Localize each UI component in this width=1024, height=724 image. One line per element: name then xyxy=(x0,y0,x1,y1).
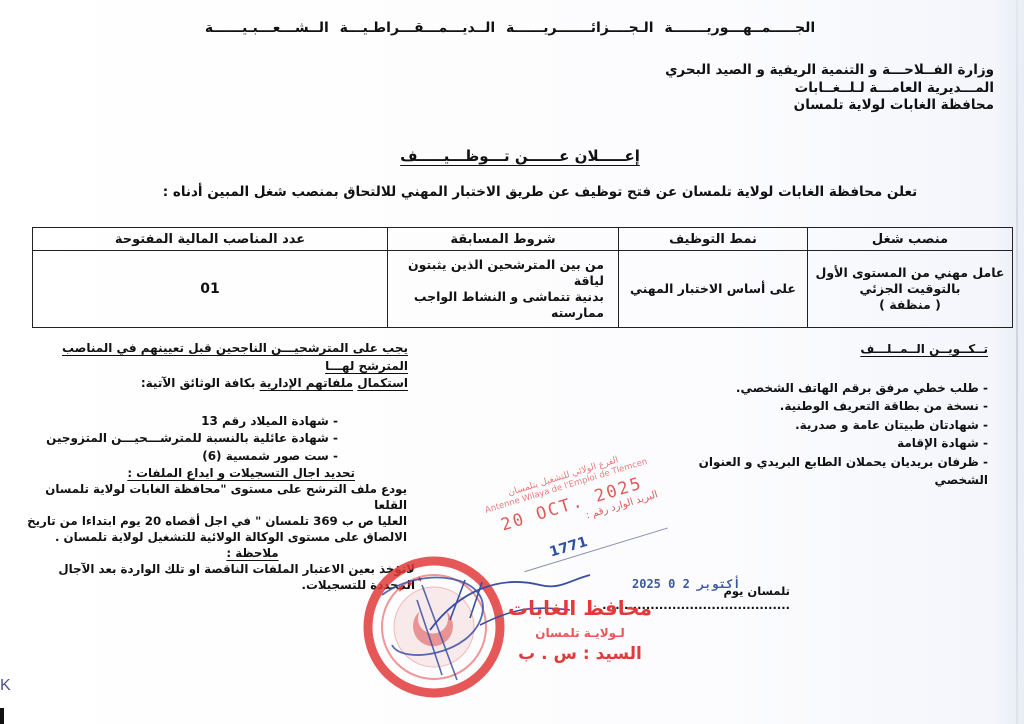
announcement-intro: تعلن محافظة الغابات لولاية تلمسان عن فتح… xyxy=(140,184,940,200)
scanned-document-page: الجـــــمــهـــوريـــــــة الـجــــزائــ… xyxy=(0,0,1024,724)
condition-line: بدنية تتماشى و النشاط الواجب xyxy=(394,289,604,305)
note-heading: ملاحظة : xyxy=(226,546,278,560)
cell-conditions: من بين المترشحين الذين يثبتون لياقة بدني… xyxy=(388,251,619,328)
file-item: - ظرفان بريديان يحملان الطابع البريدي و … xyxy=(688,453,988,490)
file-composition-heading: تــكــويــن الــمــلـــف xyxy=(860,342,988,356)
document-item: - ست صور شمسية (6) xyxy=(28,448,338,466)
deadlines-section: تحديد اجال التسجيلات و ايداع الملفات : ي… xyxy=(20,465,415,593)
deadlines-heading: تحديد اجال التسجيلات و ايداع الملفات : xyxy=(127,466,355,480)
header-conditions: شروط المسابقة xyxy=(388,228,619,251)
job-positions-table: منصب شغل نمط التوظيف شروط المسابقة عدد ا… xyxy=(32,227,1013,328)
cell-post: عامل مهني من المستوى الأول بالتوقيت الجز… xyxy=(808,251,1013,328)
official-seal-text: محافظ الغابات لـولايـة تلمسان السيد : س … xyxy=(495,596,665,664)
admin-files-phrase: ملفاتهم الإدارية xyxy=(260,376,354,390)
file-composition-section: تــكــويــن الــمــلـــف - طلب خطي مرفق … xyxy=(688,340,988,490)
announcement-title: إعـــــلان عــــــن تـــوظـــيـــــف xyxy=(400,147,640,165)
condition-line: ممارسته xyxy=(394,305,604,321)
note-text: لاتؤخذ بعين الاعتبار الملفات الناقصة او … xyxy=(20,561,415,593)
table-header-row: منصب شغل نمط التوظيف شروط المسابقة عدد ا… xyxy=(33,228,1013,251)
candidates-requirement-line: يجب على المترشحيـــن الناجحين قبل تعيينه… xyxy=(28,340,408,375)
post-line: بالتوقيت الجزئي xyxy=(814,281,1006,297)
complete-word: استكمال xyxy=(357,376,408,390)
seal-name: السيد : س . ب xyxy=(495,644,665,664)
margin-handwritten-mark: K xyxy=(0,677,11,695)
file-item: - شهادة الإقامة xyxy=(688,434,988,453)
place-label: تلمسان يوم xyxy=(723,584,790,598)
documents-phrase: بكافة الوثائق الآتية: xyxy=(141,376,256,390)
ministry-name: وزارة الفــلاحـــة و التنمية الريفية و ا… xyxy=(634,62,994,80)
seal-title: محافظ الغابات xyxy=(495,596,665,620)
header-recruitment-mode: نمط التوظيف xyxy=(619,228,808,251)
file-item: - شهادتان طبيتان عامة و صدرية. xyxy=(688,416,988,435)
seal-subtitle: لـولايـة تلمسان xyxy=(495,626,665,640)
required-documents-list: - شهادة الميلاد رقم 13 - شهادة عائلية با… xyxy=(28,413,338,466)
cell-open-positions: 01 xyxy=(33,251,388,328)
cell-recruitment-mode: على أساس الاختبار المهني xyxy=(619,251,808,328)
post-line: ( منظفة ) xyxy=(814,297,1006,313)
page-edge-shadow xyxy=(1016,0,1018,724)
issuing-authority-block: وزارة الفــلاحـــة و التنمية الريفية و ا… xyxy=(634,62,994,115)
directorate-name: المـــديرية العامـــة لـلــغــابات xyxy=(634,80,994,98)
file-item: - نسخة من بطاقة التعريف الوطنية. xyxy=(688,397,988,416)
document-item: - شهادة الميلاد رقم 13 xyxy=(28,413,338,431)
post-line: عامل مهني من المستوى الأول xyxy=(814,265,1006,281)
deadline-line: العليا ص ب 369 تلمسان " في اجل أقصاه 20 … xyxy=(20,513,415,529)
scan-corner-artifact xyxy=(0,708,4,724)
republic-heading: الجـــــمــهـــوريـــــــة الـجــــزائــ… xyxy=(150,20,870,36)
header-open-positions: عدد المناصب المالية المفتوحة xyxy=(33,228,388,251)
condition-line: من بين المترشحين الذين يثبتون لياقة xyxy=(394,257,604,289)
header-post: منصب شغل xyxy=(808,228,1013,251)
candidates-requirement-line-2: استكمال ملفاتهم الإدارية بكافة الوثائق ا… xyxy=(28,375,408,393)
deadline-line: يودع ملف الترشح على مستوى "محافظة الغابا… xyxy=(20,481,415,513)
announcement-title-wrap: إعـــــلان عــــــن تـــوظـــيـــــف xyxy=(180,146,860,165)
conservation-name: محافظة الغابات لولاية تلمسان xyxy=(634,97,994,115)
table-row: عامل مهني من المستوى الأول بالتوقيت الجز… xyxy=(33,251,1013,328)
document-item: - شهادة عائلية بالنسبة للمترشـــحيـــن ا… xyxy=(28,430,338,448)
deadline-line: الالصاق على مستوى الوكالة الولائية للتشغ… xyxy=(20,529,415,545)
file-item: - طلب خطي مرفق برقم الهاتف الشخصي. xyxy=(688,379,988,398)
successful-candidates-section: يجب على المترشحيـــن الناجحين قبل تعيينه… xyxy=(28,340,408,465)
